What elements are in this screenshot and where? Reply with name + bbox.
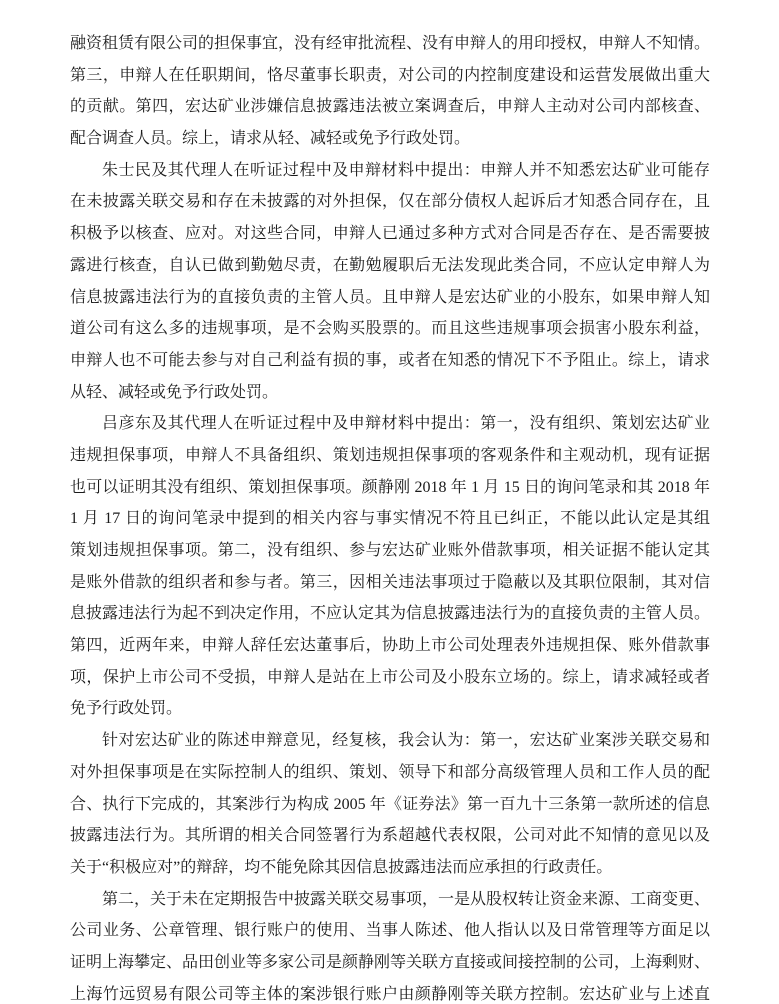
text-line: 违规担保事项，申辩人不具备组织、策划违规担保事项的客观条件和主观动机，现有证据 <box>70 440 710 472</box>
paragraph: 朱士民及其代理人在听证过程中及申辩材料中提出：申辩人并不知悉宏达矿业可能存在未披… <box>70 155 710 409</box>
text-line: 免予行政处罚。 <box>70 693 710 725</box>
text-line: 公司业务、公章管理、银行账户的使用、当事人陈述、他人指认以及日常管理等方面足以 <box>70 915 710 947</box>
text-line: 的贡献。第四，宏达矿业涉嫌信息披露违法被立案调查后，申辩人主动对公司内部核查、 <box>70 91 710 123</box>
paragraph: 针对宏达矿业的陈述申辩意见，经复核，我会认为：第一，宏达矿业案涉关联交易和对外担… <box>70 725 710 883</box>
text-line: 第二，关于未在定期报告中披露关联交易事项，一是从股权转让资金来源、工商变更、 <box>70 884 710 916</box>
text-line: 露进行核查，自认已做到勤勉尽责，在勤勉履职后无法发现此类合同，不应认定申辩人为 <box>70 250 710 282</box>
text-line: 第四，近两年来，申辩人辞任宏达董事后，协助上市公司处理表外违规担保、账外借款事 <box>70 630 710 662</box>
text-line: 息披露违法行为起不到决定作用，不应认定其为信息披露违法行为的直接负责的主管人员。 <box>70 598 710 630</box>
text-line: 融资租赁有限公司的担保事宜，没有经审批流程、没有申辩人的用印授权，申辩人不知情。 <box>70 28 710 60</box>
text-line: 吕彦东及其代理人在听证过程中及申辩材料中提出：第一，没有组织、策划宏达矿业 <box>70 408 710 440</box>
text-line: 策划违规担保事项。第二，没有组织、参与宏达矿业账外借款事项，相关证据不能认定其 <box>70 535 710 567</box>
text-line: 上海竹远贸易有限公司等主体的案涉银行账户由颜静刚等关联方控制。宏达矿业与上述直 <box>70 979 710 1004</box>
paragraph: 吕彦东及其代理人在听证过程中及申辩材料中提出：第一，没有组织、策划宏达矿业违规担… <box>70 408 710 725</box>
text-line: 积极予以核查、应对。对这些合同，申辩人已通过多种方式对合同是否存在、是否需要披 <box>70 218 710 250</box>
text-line: 披露违法行为。其所谓的相关合同签署行为系超越代表权限，公司对此不知情的意见以及 <box>70 820 710 852</box>
text-line: 信息披露违法行为的直接负责的主管人员。且申辩人是宏达矿业的小股东，如果申辩人知 <box>70 282 710 314</box>
paragraph: 第二，关于未在定期报告中披露关联交易事项，一是从股权转让资金来源、工商变更、公司… <box>70 884 710 1004</box>
text-line: 朱士民及其代理人在听证过程中及申辩材料中提出：申辩人并不知悉宏达矿业可能存 <box>70 155 710 187</box>
text-line: 合、执行下完成的，其案涉行为构成 2005 年《证券法》第一百九十三条第一款所述… <box>70 789 710 821</box>
text-line: 对外担保事项是在实际控制人的组织、策划、领导下和部分高级管理人员和工作人员的配 <box>70 757 710 789</box>
text-line: 也可以证明其没有组织、策划担保事项。颜静刚 2018 年 1 月 15 日的询问… <box>70 472 710 504</box>
text-line: 1 月 17 日的询问笔录中提到的相关内容与事实情况不符且已纠正，不能以此认定是… <box>70 503 710 535</box>
text-line: 针对宏达矿业的陈述申辩意见，经复核，我会认为：第一，宏达矿业案涉关联交易和 <box>70 725 710 757</box>
text-line: 道公司有这么多的违规事项，是不会购买股票的。而且这些违规事项会损害小股东利益， <box>70 313 710 345</box>
text-line: 项，保护上市公司不受损，申辩人是站在上市公司及小股东立场的。综上，请求减轻或者 <box>70 662 710 694</box>
text-line: 申辩人也不可能去参与对自己利益有损的事，或者在知悉的情况下不予阻止。综上，请求 <box>70 345 710 377</box>
document-page: 融资租赁有限公司的担保事宜，没有经审批流程、没有申辩人的用印授权，申辩人不知情。… <box>70 28 710 1004</box>
text-line: 是账外借款的组织者和参与者。第三，因相关违法事项过于隐蔽以及其职位限制，其对信 <box>70 567 710 599</box>
paragraph: 融资租赁有限公司的担保事宜，没有经审批流程、没有申辩人的用印授权，申辩人不知情。… <box>70 28 710 155</box>
text-line: 关于“积极应对”的辩辞，均不能免除其因信息披露违法而应承担的行政责任。 <box>70 852 710 884</box>
text-line: 从轻、减轻或免予行政处罚。 <box>70 377 710 409</box>
text-line: 第三，申辩人在任职期间，恪尽董事长职责，对公司的内控制度建设和运营发展做出重大 <box>70 60 710 92</box>
text-line: 配合调查人员。综上，请求从轻、减轻或免予行政处罚。 <box>70 123 710 155</box>
document-text: 融资租赁有限公司的担保事宜，没有经审批流程、没有申辩人的用印授权，申辩人不知情。… <box>70 28 710 1004</box>
text-line: 证明上海攀定、品田创业等多家公司是颜静刚等关联方直接或间接控制的公司，上海剩财、 <box>70 947 710 979</box>
text-line: 在未披露关联交易和存在未披露的对外担保，仅在部分债权人起诉后才知悉合同存在，且 <box>70 186 710 218</box>
